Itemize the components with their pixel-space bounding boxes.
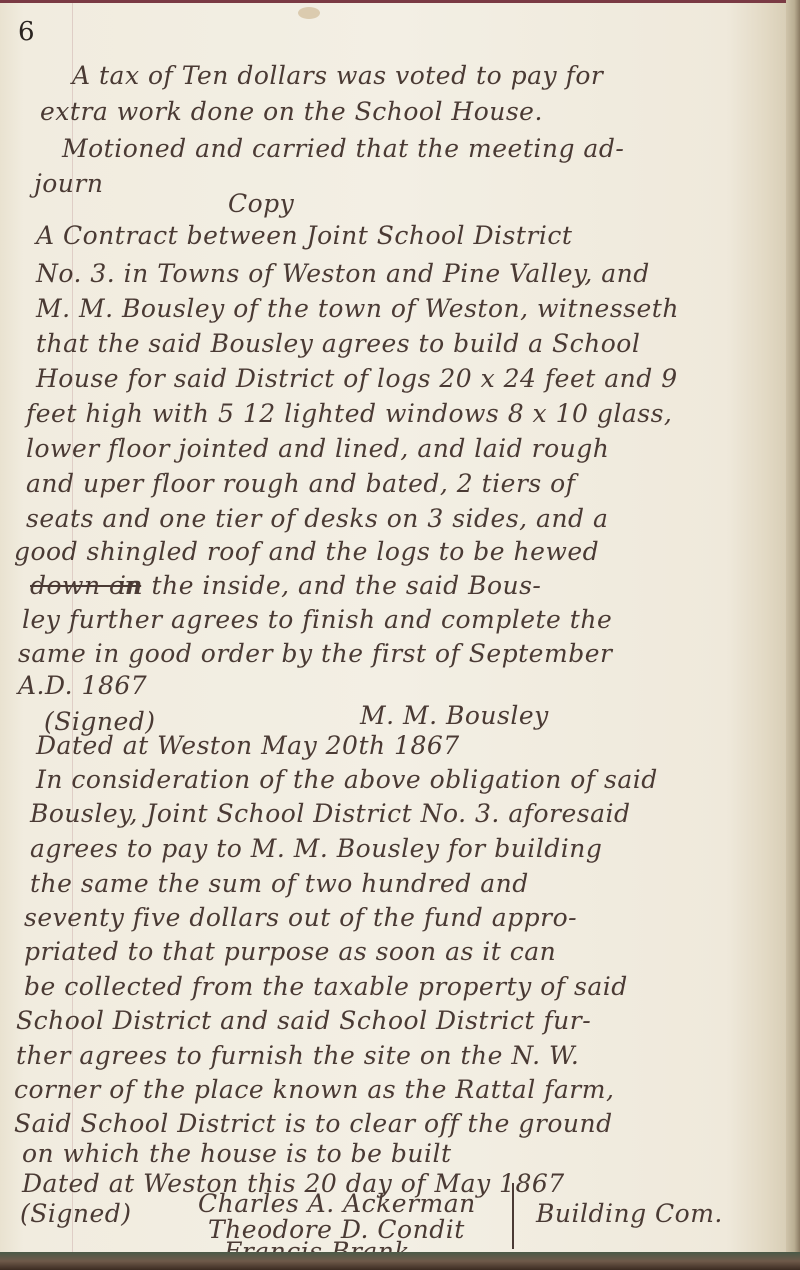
text-line: Copy	[228, 189, 294, 218]
text-line: In consideration of the above obligation…	[36, 765, 658, 794]
text-line: extra work done on the School House.	[40, 97, 543, 126]
text-line: A.D. 1867	[18, 671, 147, 700]
text-line: Said School District is to clear off the…	[14, 1109, 613, 1138]
signature-brace	[512, 1183, 514, 1249]
text-line: that the said Bousley agrees to build a …	[36, 329, 640, 358]
text-line: journ	[34, 169, 103, 198]
text-line: A Contract between Joint School District	[36, 221, 572, 250]
ledger-page: 6 A tax of Ten dollars was voted to pay …	[0, 0, 790, 1255]
text-line: Motioned and carried that the meeting ad…	[62, 134, 624, 163]
text-line: No. 3. in Towns of Weston and Pine Valle…	[36, 259, 650, 288]
struck-text: down on	[30, 571, 141, 600]
text-line: agrees to pay to M. M. Bousley for build…	[30, 834, 602, 863]
text-line: same in good order by the first of Septe…	[18, 639, 612, 668]
page-number: 6	[18, 17, 35, 47]
text-line: A tax of Ten dollars was voted to pay fo…	[72, 61, 603, 90]
text-line: on which the house is to be built	[22, 1139, 452, 1168]
text-line: seats and one tier of desks on 3 sides, …	[26, 504, 608, 533]
text-line: down onin the inside, and the said Bous-	[118, 571, 541, 600]
text-line: House for said District of logs 20 x 24 …	[36, 364, 678, 393]
text-line: and uper floor rough and bated, 2 tiers …	[26, 469, 575, 498]
text-line: M. M. Bousley	[360, 701, 549, 730]
book-bottom-edge	[0, 1252, 800, 1270]
building-committee-label: Building Com.	[536, 1199, 723, 1228]
text-line: priated to that purpose as soon as it ca…	[24, 937, 556, 966]
text-line: ther agrees to furnish the site on the N…	[16, 1041, 579, 1070]
text-line: feet high with 5 12 lighted windows 8 x …	[26, 399, 672, 428]
text-line: lower floor jointed and lined, and laid …	[26, 434, 609, 463]
text-line: be collected from the taxable property o…	[24, 972, 628, 1001]
paper-stain	[298, 7, 320, 19]
book-binding-edge	[786, 0, 800, 1270]
text-line: ley further agrees to finish and complet…	[22, 605, 612, 634]
text-line: good shingled roof and the logs to be he…	[14, 537, 599, 566]
text-line: Dated at Weston May 20th 1867	[36, 731, 460, 760]
signature-name: Charles A. Ackerman	[198, 1189, 476, 1218]
text-line: (Signed)	[20, 1199, 132, 1228]
text-line: M. M. Bousley of the town of Weston, wit…	[36, 294, 679, 323]
text-line: School District and said School District…	[16, 1006, 591, 1035]
text-line: Bousley, Joint School District No. 3. af…	[30, 799, 631, 828]
text-line: the same the sum of two hundred and	[30, 869, 529, 898]
text-line: corner of the place known as the Rattal …	[14, 1075, 614, 1104]
text-line: seventy five dollars out of the fund app…	[24, 903, 577, 932]
